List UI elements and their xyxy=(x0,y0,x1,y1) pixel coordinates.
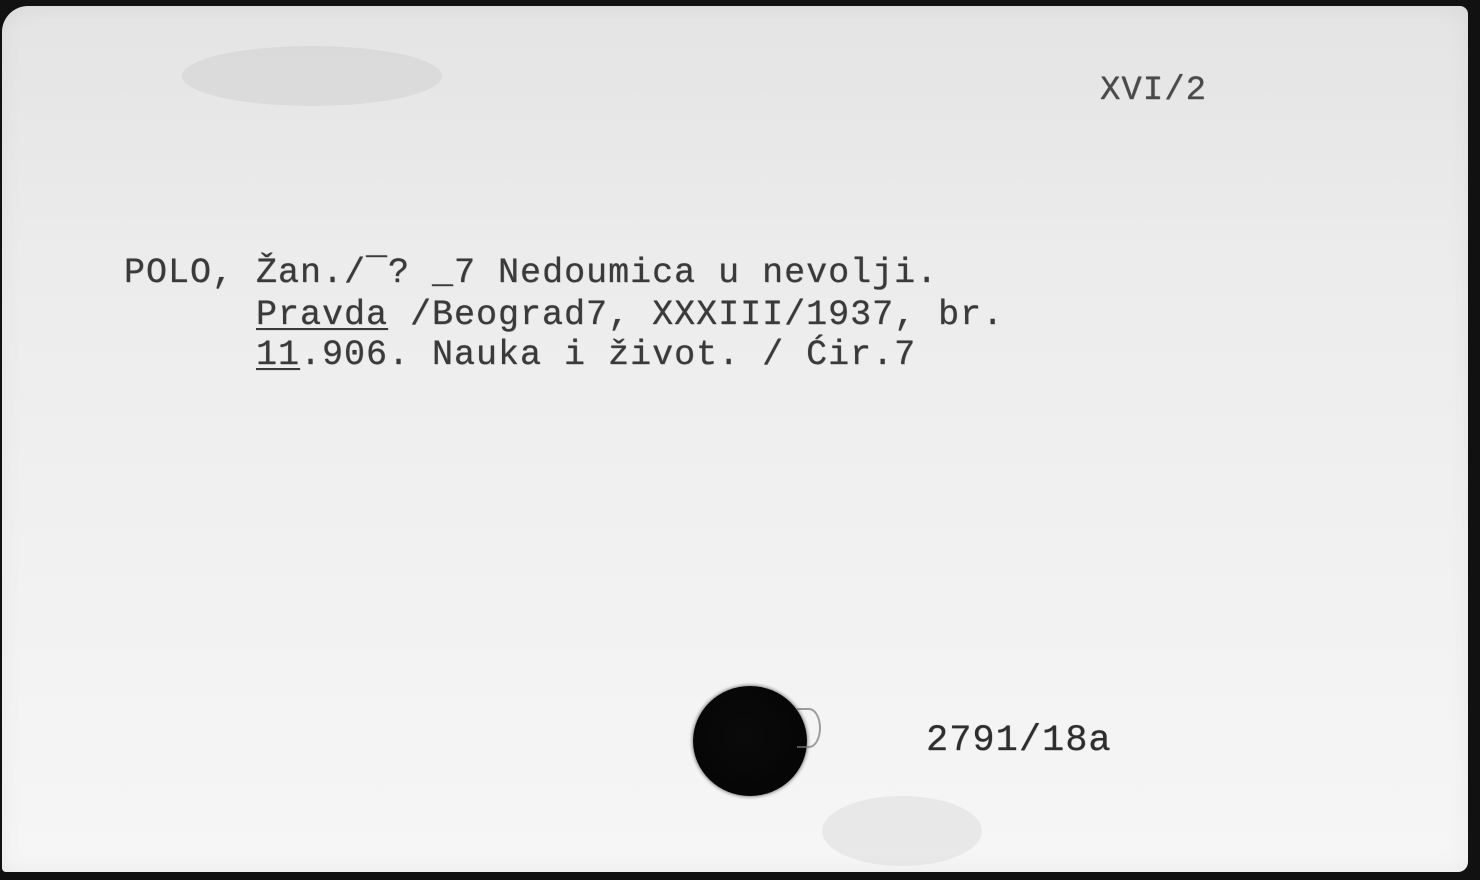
punch-hole-icon xyxy=(693,686,807,796)
call-number: 2791/18a xyxy=(926,720,1112,762)
paper-smudge xyxy=(182,46,442,106)
paper-smudge xyxy=(822,796,982,866)
issue-number: 11 xyxy=(256,335,300,375)
periodical-details: /Beograd7, XXXIII/1937, br. xyxy=(388,295,1004,335)
issue-rest: .906. Nauka i život. / Ćir.7 xyxy=(300,335,916,375)
entry-source-line: Pravda /Beograd7, XXXIII/1937, br. xyxy=(256,294,1004,336)
periodical-title: Pravda xyxy=(256,295,388,335)
shelfmark: XVI/2 xyxy=(1100,72,1207,110)
entry-issue-line: 11.906. Nauka i život. / Ćir.7 xyxy=(256,334,916,376)
catalog-card: XVI/2 POLO, Žan./‾? _7 Nedoumica u nevol… xyxy=(2,6,1468,872)
punch-tear-icon xyxy=(797,708,821,748)
entry-heading-line: POLO, Žan./‾? _7 Nedoumica u nevolji. xyxy=(124,252,938,294)
